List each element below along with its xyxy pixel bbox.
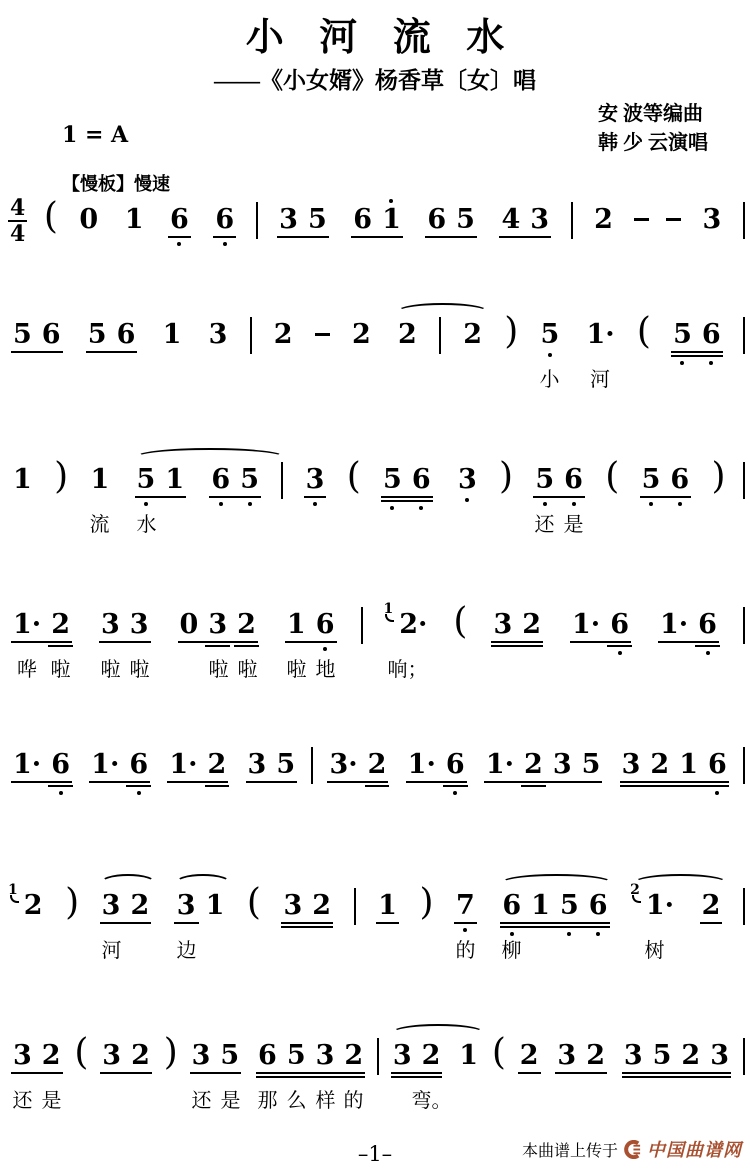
note-digit: 3 [209, 319, 228, 350]
note: 1 [373, 891, 402, 921]
note-group: 56 [378, 465, 436, 495]
beam-underline [178, 641, 258, 643]
note-digit: 6 [670, 464, 689, 495]
note-digit: 6 [51, 749, 70, 780]
note-digit: 2 [681, 1040, 700, 1071]
note-digit: 2 [237, 609, 256, 640]
note-group: 65 [422, 205, 480, 235]
beam-underline [500, 926, 609, 928]
note-digit: 6 [412, 464, 431, 495]
note: 1· [567, 610, 605, 640]
note-digit: 3 [553, 749, 572, 780]
lyric: 树 [645, 934, 665, 963]
beam-underline [381, 496, 433, 498]
note-digit: 1· [572, 609, 600, 640]
slur-arc [396, 303, 489, 321]
note: 1· [403, 750, 441, 780]
close-paren: ) [712, 462, 726, 492]
slur-arc [175, 874, 231, 892]
note-digit: 3· [329, 749, 357, 780]
note-digit: 3 [248, 749, 267, 780]
beam-underline [327, 781, 388, 783]
barline [311, 747, 313, 784]
beam-underline [277, 236, 329, 238]
note-group: 32 [97, 1041, 155, 1071]
note-digit: 6 [129, 749, 148, 780]
beam-underline [425, 236, 477, 238]
note-digit: 3 [458, 464, 477, 495]
note: 5 [577, 750, 606, 780]
octave-dot-low [323, 647, 327, 651]
note-digit: 2 [650, 749, 669, 780]
note-group: 6 [165, 205, 194, 235]
score-line: 1·2330321612·(321·61·6哗啦啦啦啦啦啦地响； [8, 610, 745, 640]
octave-dot-low [678, 502, 682, 506]
lyric: 响； [388, 653, 428, 682]
open-paren: ( [453, 607, 467, 637]
beam-underline [174, 922, 199, 924]
note-digit: 1 [13, 464, 32, 495]
lyric: 是 [42, 1084, 62, 1113]
barline [361, 607, 363, 644]
note-group: 56 [83, 320, 141, 350]
note: 2 [393, 320, 422, 350]
note-digit: 5 [287, 1040, 306, 1071]
note: 2 [37, 1041, 66, 1071]
note: 5 [8, 320, 37, 350]
octave-dot-low [572, 502, 576, 506]
note: 5 [535, 320, 564, 350]
lyric: 哗 [17, 653, 37, 682]
beam-underline [500, 922, 609, 924]
note: 6 [665, 465, 694, 495]
beam-underline [491, 641, 543, 643]
note-digit: 5 [276, 749, 295, 780]
beam-underline [281, 926, 333, 928]
lyric: 啦 [130, 653, 150, 682]
beam-underline [167, 781, 228, 783]
beam-underline [168, 236, 191, 238]
note-digit: 6 [446, 749, 465, 780]
note: 3 [488, 610, 517, 640]
note: 3 [125, 610, 154, 640]
note-digit: 1 [206, 890, 225, 921]
note: 2 [515, 1041, 544, 1071]
slur-arc [391, 1024, 485, 1042]
note-group: 032 [175, 610, 261, 640]
note: 2 [347, 320, 376, 350]
close-paren: ) [164, 1038, 178, 1068]
note-digit: 3 [393, 1040, 412, 1071]
beam-underline [256, 1076, 365, 1078]
duration-dash [666, 218, 681, 221]
note-digit: 5 [383, 464, 402, 495]
lyric: 啦 [238, 653, 258, 682]
note: 5 [83, 320, 112, 350]
lyric: 是 [564, 508, 584, 537]
note: 2 [125, 891, 154, 921]
note: 6 [697, 320, 726, 350]
beam-underline [454, 922, 477, 924]
octave-dot-low [465, 498, 469, 502]
note: 6 [693, 610, 722, 640]
beam-underline [518, 1072, 541, 1074]
beam-underline [620, 785, 729, 787]
note-digit: 1· [91, 749, 119, 780]
note: 5 [303, 205, 332, 235]
note: 1 [158, 320, 187, 350]
lyric: 还 [13, 1084, 33, 1113]
note-digit: 2 [130, 890, 149, 921]
note: 0 [175, 610, 204, 640]
note-group: 1·6 [567, 610, 634, 640]
note-group: 56 [8, 320, 66, 350]
note-group: 3 [204, 320, 233, 350]
note: 1· [581, 320, 619, 350]
beam-underline [213, 236, 236, 238]
beam-underline [533, 496, 585, 498]
note-group: 12· [383, 610, 432, 640]
beam-underline [521, 785, 546, 787]
note: 3 [187, 1041, 216, 1071]
beam-underline [304, 496, 327, 498]
note-group: 1·2 [8, 610, 75, 640]
note-digit: 3 [493, 609, 512, 640]
note-group: 3 [453, 465, 482, 495]
octave-dot-low [390, 506, 394, 510]
score-line: 1)151653(563)56(56)流水还是 [8, 465, 745, 495]
beam-underline [365, 785, 390, 787]
note-digit: 2 [131, 1040, 150, 1071]
octave-dot-low [144, 502, 148, 506]
note-group: 32 [278, 891, 336, 921]
score-line: 12)3231(321)7615621·2河边的柳树 [8, 891, 745, 921]
note: 1 [120, 205, 149, 235]
note: 1 [85, 465, 114, 495]
octave-dot-low [223, 242, 227, 246]
note: 6 [441, 750, 470, 780]
lyric: 水 [137, 508, 157, 537]
lyric: 啦 [51, 653, 71, 682]
note-digit: 2 [520, 1040, 539, 1071]
note-digit: 6 [353, 204, 372, 235]
note: 2· [394, 610, 432, 640]
note: 2 [645, 750, 674, 780]
note: 1 [674, 750, 703, 780]
lyric: 啦 [287, 653, 307, 682]
octave-dot-low [59, 791, 63, 795]
slur-arc [500, 874, 613, 892]
note: 3 [172, 891, 201, 921]
note: 6 [206, 465, 235, 495]
note-digit: 2 [702, 890, 721, 921]
note: 3 [619, 1041, 648, 1071]
lyric: 那 [258, 1084, 278, 1113]
beam-underline [391, 1076, 443, 1078]
note-digit: 6 [502, 890, 521, 921]
beam-underline [607, 645, 632, 647]
note: 3 [204, 320, 233, 350]
time-signature-bottom: 4 [10, 222, 25, 246]
note-group: 2 [393, 320, 422, 350]
note: 2 [581, 1041, 610, 1071]
beam-underline [443, 785, 468, 787]
note: 5 [215, 1041, 244, 1071]
octave-dot-low [463, 928, 467, 932]
note-group: 32 [97, 891, 155, 921]
note: 6 [605, 610, 634, 640]
note: 2 [363, 750, 392, 780]
note: 2 [589, 205, 618, 235]
barline [256, 202, 258, 239]
note: 3 [97, 1041, 126, 1071]
beam-underline [499, 236, 551, 238]
beam-underline [285, 641, 337, 643]
beam-underline [86, 351, 138, 353]
close-paren: ) [504, 317, 518, 347]
note: 3 [617, 750, 646, 780]
beam-underline [99, 641, 151, 643]
note-group: 32 [8, 1041, 66, 1071]
note-group: 7 [451, 891, 480, 921]
note-digit: 2 [463, 319, 482, 350]
note-group: 1 [454, 1041, 483, 1071]
barline [250, 317, 252, 354]
note: 3 [301, 465, 330, 495]
beam-underline [700, 922, 723, 924]
note: 3 [203, 610, 232, 640]
note: 2 [676, 1041, 705, 1071]
beam-underline [11, 351, 63, 353]
note: 3 [548, 750, 577, 780]
note-group: 61 [348, 205, 406, 235]
note-group: 5 [535, 320, 564, 350]
note-digit: 2 [42, 1040, 61, 1071]
note: 6 [703, 750, 732, 780]
note-group: 16 [282, 610, 340, 640]
octave-dot-low [219, 502, 223, 506]
note-digit: 5 [308, 204, 327, 235]
upload-note: 本曲谱上传于 [522, 1138, 618, 1161]
note-group: 2 [589, 205, 618, 235]
note-digit: 6 [117, 319, 136, 350]
beam-underline [406, 781, 467, 783]
note-digit: 3 [101, 609, 120, 640]
octave-dot-low [596, 932, 600, 936]
note-digit: 1 [531, 890, 550, 921]
note-group: 3216 [617, 750, 732, 780]
note-group: 3523 [619, 1041, 734, 1071]
octave-dot-low [543, 502, 547, 506]
note-digit: 6 [316, 609, 335, 640]
beam-underline [126, 785, 151, 787]
upload-credit: 本曲谱上传于 中国曲谱网 [522, 1136, 742, 1162]
octave-dot-low [680, 361, 684, 365]
octave-dot-low [618, 651, 622, 655]
beam-underline [351, 236, 403, 238]
note: 6 [584, 891, 613, 921]
note-digit: 3 [557, 1040, 576, 1071]
note-group: 1·6 [655, 610, 722, 640]
duration-dash [315, 333, 330, 336]
note: 2 [46, 610, 75, 640]
note-digit: 5 [220, 1040, 239, 1071]
note: 2 [339, 1041, 368, 1071]
note-group: 56 [530, 465, 588, 495]
note-group: 1·2 [164, 750, 231, 780]
note: 2 [307, 891, 336, 921]
note-group: 1 [85, 465, 114, 495]
note: 6 [497, 891, 526, 921]
note: 3 [274, 205, 303, 235]
note-digit: 3 [283, 890, 302, 921]
note-group: 1· [581, 320, 619, 350]
lyric: 河 [102, 934, 122, 963]
score-line: 5656132222)51·(56小河 [8, 320, 745, 350]
note: 5 [282, 1041, 311, 1071]
barline [743, 888, 745, 925]
open-paren: ( [247, 888, 261, 918]
open-paren: ( [605, 462, 619, 492]
note-digit: 6 [211, 464, 230, 495]
note: 7 [451, 891, 480, 921]
lyric: 是 [221, 1084, 241, 1113]
note-group: 3·2 [324, 750, 391, 780]
note-digit: 6 [170, 204, 189, 235]
note: 6 [165, 205, 194, 235]
note-digit: 2 [586, 1040, 605, 1071]
note: 6 [422, 205, 451, 235]
note-group: 32 [488, 610, 546, 640]
note-digit: 1 [125, 204, 144, 235]
note: 3 [552, 1041, 581, 1071]
beam-underline [100, 1072, 152, 1074]
note: 5 [648, 1041, 677, 1071]
note-digit: 5 [240, 464, 259, 495]
note-digit: 6 [564, 464, 583, 495]
barline [571, 202, 573, 239]
note: 0 [74, 205, 103, 235]
note-group: 2 [697, 891, 726, 921]
sheet-music-page: 小 河 流 水 ——《小女婿》杨香草〔女〕唱 安 波等编曲 韩 少 云演唱 1 … [0, 0, 750, 1170]
beam-underline [376, 922, 399, 924]
note: 1· [641, 891, 679, 921]
site-logo-icon [623, 1140, 642, 1159]
note-digit: 6 [702, 319, 721, 350]
beam-underline [256, 1072, 365, 1074]
note: 3 [705, 1041, 734, 1071]
note-digit: 5 [535, 464, 554, 495]
beam-underline [671, 355, 723, 357]
note-group: 1·6 [403, 750, 470, 780]
beam-underline [11, 781, 72, 783]
note: 6 [407, 465, 436, 495]
note-group: 51 [132, 465, 190, 495]
close-paren: ) [499, 462, 513, 492]
lyric: 地 [316, 653, 336, 682]
note: 2 [203, 750, 232, 780]
barline [743, 317, 745, 354]
beam-underline [48, 645, 73, 647]
note: 3 [278, 891, 307, 921]
note-digit: 5 [582, 749, 601, 780]
note-digit: 0 [79, 204, 98, 235]
note-digit: 6 [258, 1040, 277, 1071]
barline [743, 607, 745, 644]
beam-underline [622, 1072, 731, 1074]
note: 6 [210, 205, 239, 235]
lyric: 弯。 [412, 1084, 452, 1113]
note-digit: 6 [708, 749, 727, 780]
note: 3 [96, 610, 125, 640]
note-digit: 1· [13, 609, 41, 640]
note-group: 0 [74, 205, 103, 235]
note-digit: 2 [344, 1040, 363, 1071]
note-group: 32 [388, 1041, 446, 1071]
barline [743, 202, 745, 239]
note-digit: 1 [382, 204, 401, 235]
note-digit: 2 [522, 609, 541, 640]
note: 6 [253, 1041, 282, 1071]
note-group: 1·6 [86, 750, 153, 780]
note-digit: 6 [427, 204, 446, 235]
barline [354, 888, 356, 925]
note-digit: 5 [456, 204, 475, 235]
note-group: 6 [210, 205, 239, 235]
beam-underline [555, 1072, 607, 1074]
note-digit: 1· [586, 319, 614, 350]
octave-dot-low [649, 502, 653, 506]
note-group: 12 [8, 891, 48, 921]
beam-underline [234, 645, 259, 647]
note-digit: 1 [163, 319, 182, 350]
beam-underline [135, 496, 187, 498]
note-digit: 2 [368, 749, 387, 780]
note-group: 43 [496, 205, 554, 235]
note-digit: 2 [398, 319, 417, 350]
note: 1 [160, 465, 189, 495]
note-digit: 6 [589, 890, 608, 921]
note-digit: 5 [673, 319, 692, 350]
note-digit: 6 [215, 204, 234, 235]
note-digit: 5 [540, 319, 559, 350]
note-digit: 1· [660, 609, 688, 640]
note-group: 3 [697, 205, 726, 235]
note-digit: 2 [51, 609, 70, 640]
note-digit: 3 [306, 464, 325, 495]
note: 6 [46, 750, 75, 780]
note-digit: 1 [287, 609, 306, 640]
note-digit: 5 [88, 319, 107, 350]
barline [743, 747, 745, 784]
note: 1 [377, 205, 406, 235]
note: 1· [8, 750, 46, 780]
note: 5 [530, 465, 559, 495]
duration-dash [634, 218, 649, 221]
octave-dot-high [389, 199, 393, 203]
beam-underline [620, 781, 729, 783]
lyric: 柳 [502, 934, 522, 963]
note-group: 3 [301, 465, 330, 495]
lyric: 的 [456, 934, 476, 963]
score-line: 32(32)356532321(2323523还是还是那么样的弯。 [8, 1041, 745, 1071]
note-group: 1 [120, 205, 149, 235]
score-line: 44(01663561654323 [8, 205, 745, 235]
note-digit: 6 [698, 609, 717, 640]
note: 2 [269, 320, 298, 350]
close-paren: ) [65, 888, 79, 918]
note-digit: 2 [594, 204, 613, 235]
